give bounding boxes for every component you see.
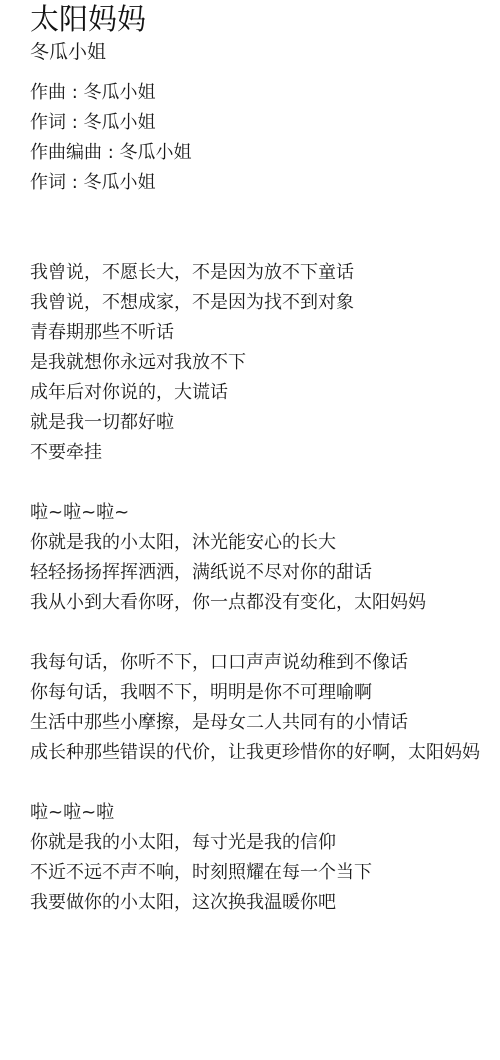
lyrics-page: 太阳妈妈 冬瓜小姐 作曲 : 冬瓜小姐 作词 : 冬瓜小姐 作曲编曲 : 冬瓜小…	[30, 0, 500, 918]
lyric-line: 是我就想你永远对我放不下	[30, 348, 500, 378]
lyric-line: 啦~啦~啦~	[30, 498, 500, 528]
stanza-break	[30, 768, 500, 798]
lyric-line: 不要牵挂	[30, 438, 500, 468]
lyric-line: 生活中那些小摩擦，是母女二人共同有的小情话	[30, 708, 500, 738]
lyrics-list: 我曾说，不愿长大，不是因为放不下童话 我曾说，不想成家，不是因为找不到对象 青春…	[30, 258, 500, 918]
lyric-line: 不近不远不声不响，时刻照耀在每一个当下	[30, 858, 500, 888]
stanza-break	[30, 618, 500, 648]
lyric-line: 青春期那些不听话	[30, 318, 500, 348]
lyric-line: 你就是我的小太阳，沐光能安心的长大	[30, 528, 500, 558]
lyric-line: 我曾说，不想成家，不是因为找不到对象	[30, 288, 500, 318]
credit-line-arranger: 作曲编曲 : 冬瓜小姐	[30, 138, 500, 168]
credit-line-lyricist-2: 作词 : 冬瓜小姐	[30, 168, 500, 198]
credit-line-composer: 作曲 : 冬瓜小姐	[30, 78, 500, 108]
lyric-line: 成年后对你说的，大谎话	[30, 378, 500, 408]
lyric-line: 轻轻扬扬挥挥洒洒，满纸说不尽对你的甜话	[30, 558, 500, 588]
lyric-line: 我从小到大看你呀，你一点都没有变化，太阳妈妈	[30, 588, 500, 618]
stanza-break	[30, 468, 500, 498]
lyric-line: 我要做你的小太阳，这次换我温暖你吧	[30, 888, 500, 918]
lyric-line: 你每句话，我咽不下，明明是你不可理喻啊	[30, 678, 500, 708]
lyric-line: 你就是我的小太阳，每寸光是我的信仰	[30, 828, 500, 858]
lyric-line: 就是我一切都好啦	[30, 408, 500, 438]
lyric-line: 我曾说，不愿长大，不是因为放不下童话	[30, 258, 500, 288]
credit-line-lyricist: 作词 : 冬瓜小姐	[30, 108, 500, 138]
song-title: 太阳妈妈	[30, 0, 500, 38]
credits-list: 作曲 : 冬瓜小姐 作词 : 冬瓜小姐 作曲编曲 : 冬瓜小姐 作词 : 冬瓜小…	[30, 78, 500, 198]
lyric-line: 成长种那些错误的代价，让我更珍惜你的好啊，太阳妈妈	[30, 738, 500, 768]
lyric-line: 我每句话，你听不下，口口声声说幼稚到不像话	[30, 648, 500, 678]
lyric-line: 啦~啦~啦	[30, 798, 500, 828]
artist-name: 冬瓜小姐	[30, 38, 500, 66]
